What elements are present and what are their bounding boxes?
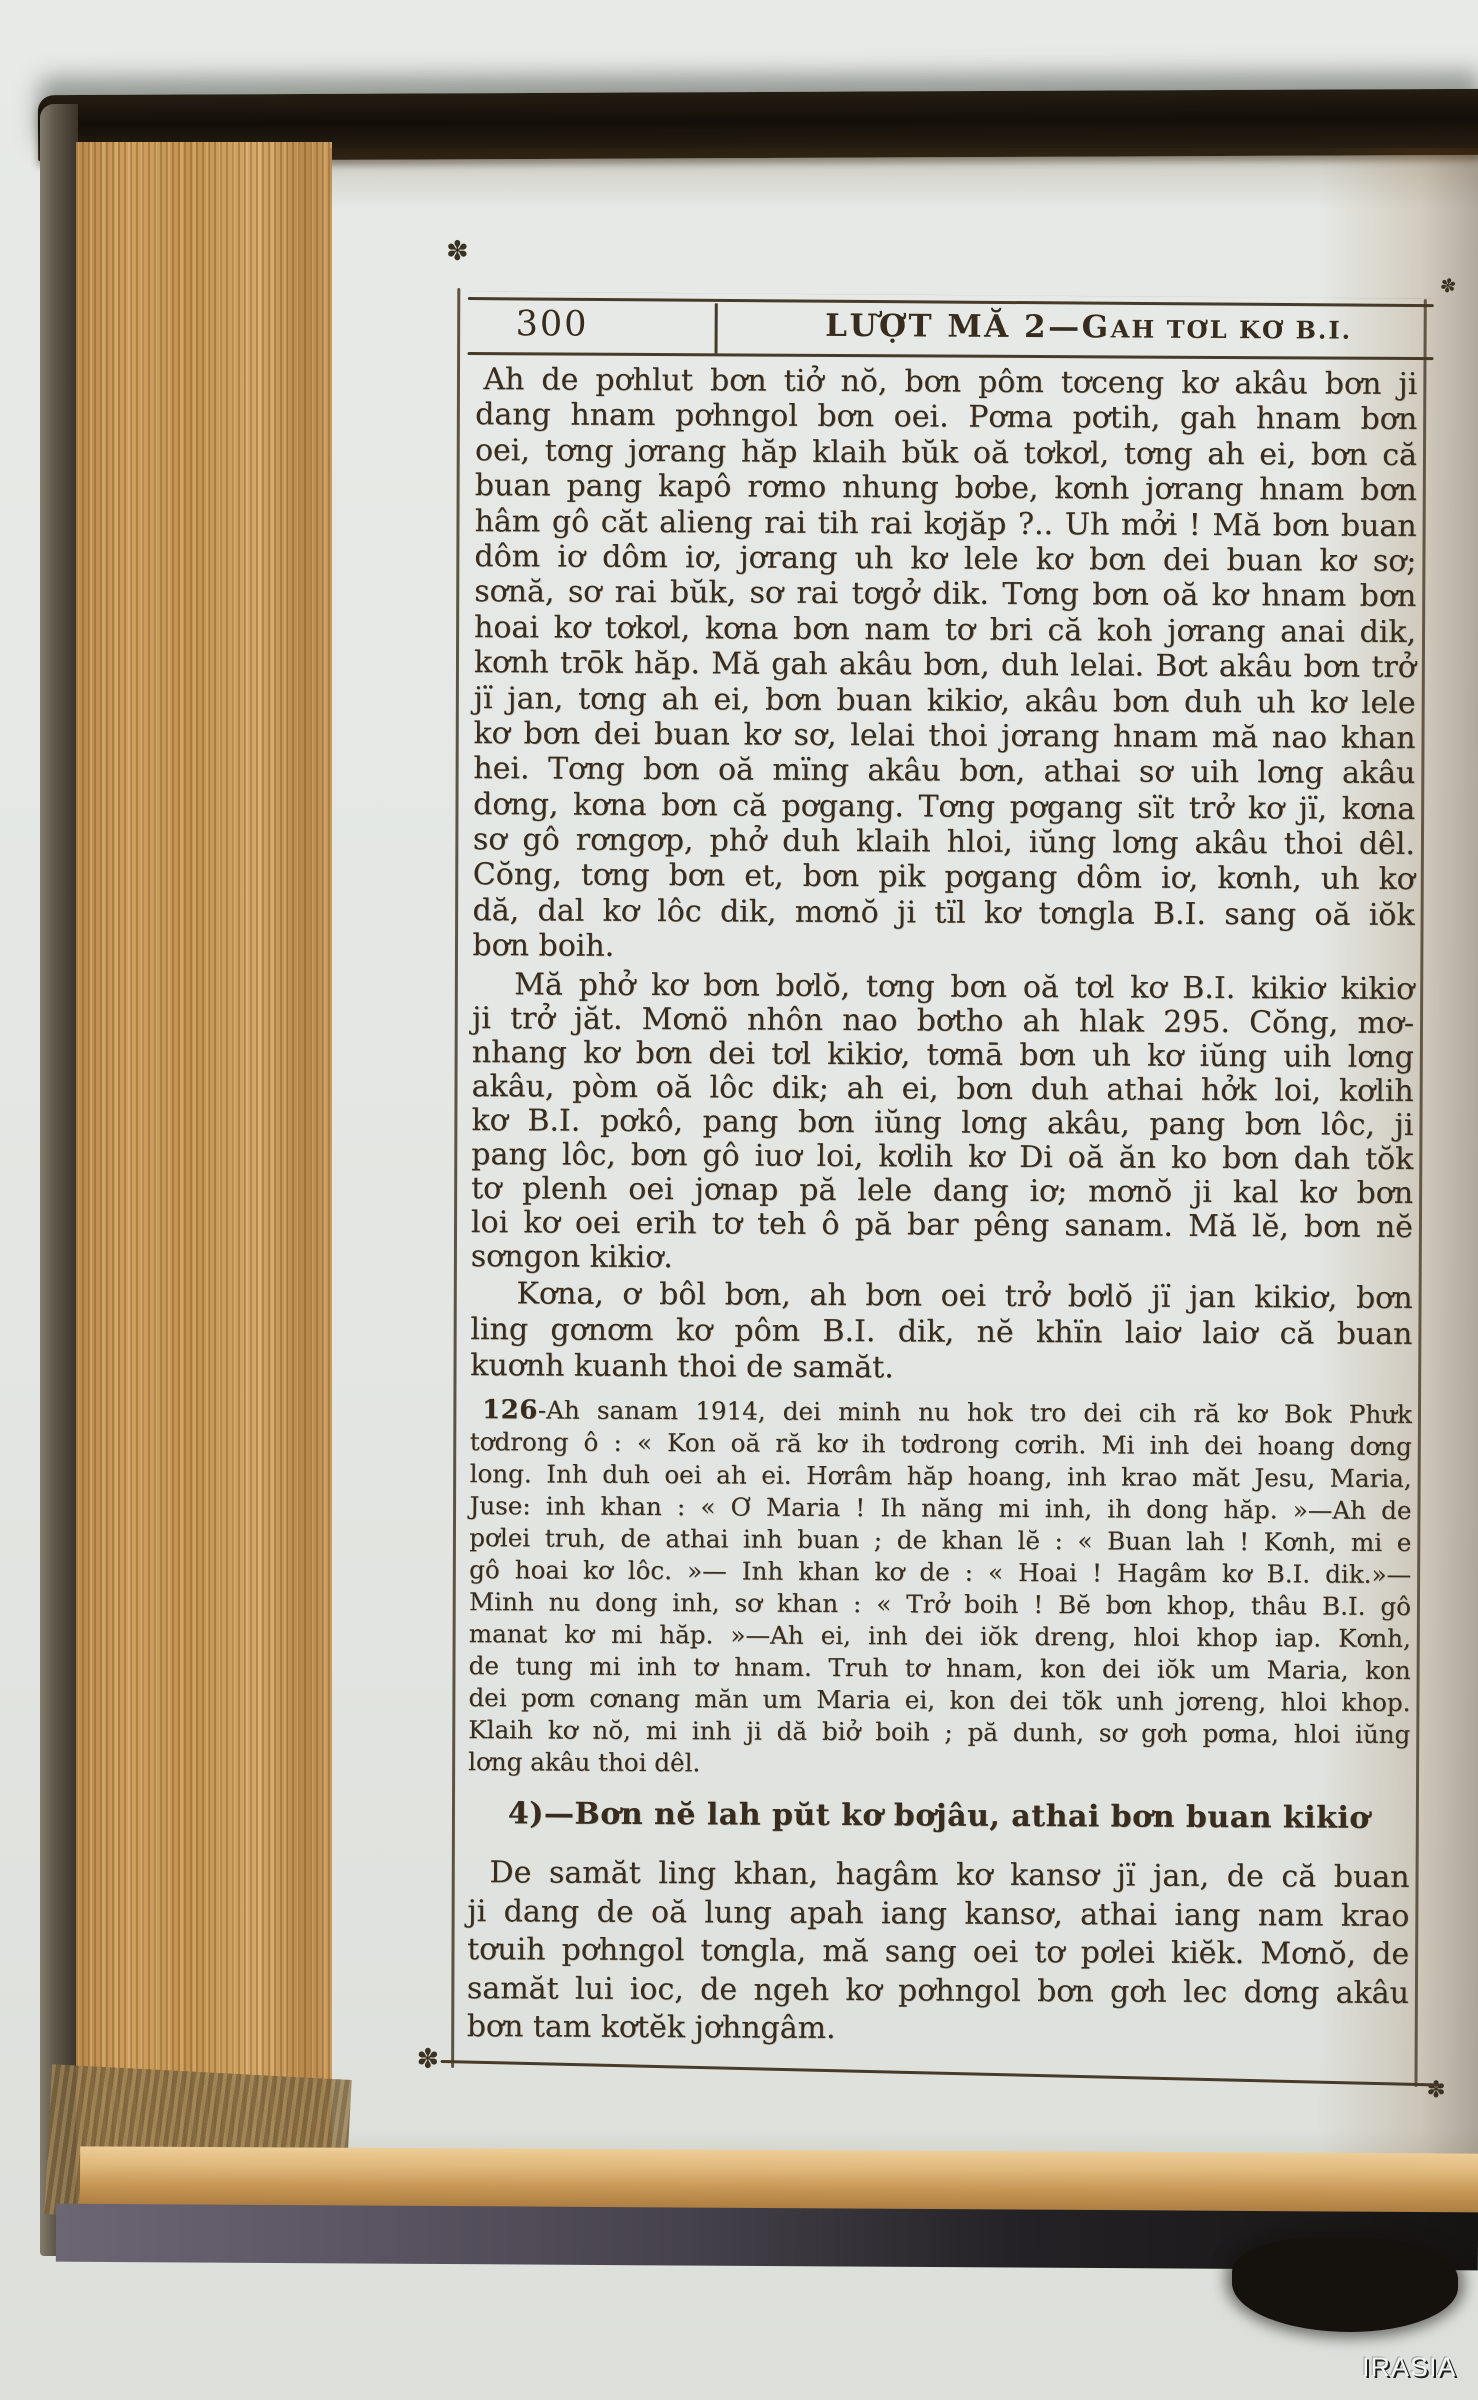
footnote-126: 126-Ah sanam 1914, dei minh nu hok tro d… [468, 1394, 1412, 1783]
page-number: 300 [516, 304, 589, 344]
scanned-book-photo: ✽ ✽ ✽ ✽ 300 LƯỢT MĂ 2—GAH TƠL KƠ B.I. Ah… [0, 0, 1478, 2400]
section-heading: 4)—Bơn nĕ lah pŭt kơ bơjâu, athai bơn bu… [468, 1796, 1410, 1836]
page-edges-stack [76, 142, 332, 2220]
body-paragraph-4: De samăt ling khan, hagâm kơ kansơ jï ja… [467, 1854, 1410, 2051]
frame-rule-bottom [441, 2060, 1441, 2087]
running-header: 300 LƯỢT MĂ 2—GAH TƠL KƠ B.I. [458, 304, 1438, 359]
book-cover-spine-edge [40, 104, 78, 2256]
page-edges-top-corner [60, 137, 351, 200]
flower-ornament-bottom-left: ✽ [417, 2046, 440, 2073]
chapter-title: LƯỢT MĂ 2—GAH TƠL KƠ B.I. [758, 308, 1420, 347]
body-paragraph-1: Ah de pơhlut bơn tiở nŏ, bơn pôm tơceng … [472, 362, 1417, 969]
body-paragraph-3: Kơna, ơ bôl bơn, ah bơn oei trở bơlŏ jï … [470, 1276, 1413, 1389]
header-divider [715, 303, 718, 353]
body-paragraph-2: Mă phở kơ bơn bơlŏ, tơng bơn oă tơl kơ B… [471, 968, 1415, 1279]
flower-ornament-top-left: ✽ [446, 238, 469, 265]
printed-area: ✽ ✽ ✽ ✽ 300 LƯỢT MĂ 2—GAH TƠL KƠ B.I. Ah… [448, 262, 1442, 2127]
book-cover-bottom-shadow [1232, 2238, 1458, 2332]
irasia-watermark: IRASIA [1362, 2352, 1457, 2383]
